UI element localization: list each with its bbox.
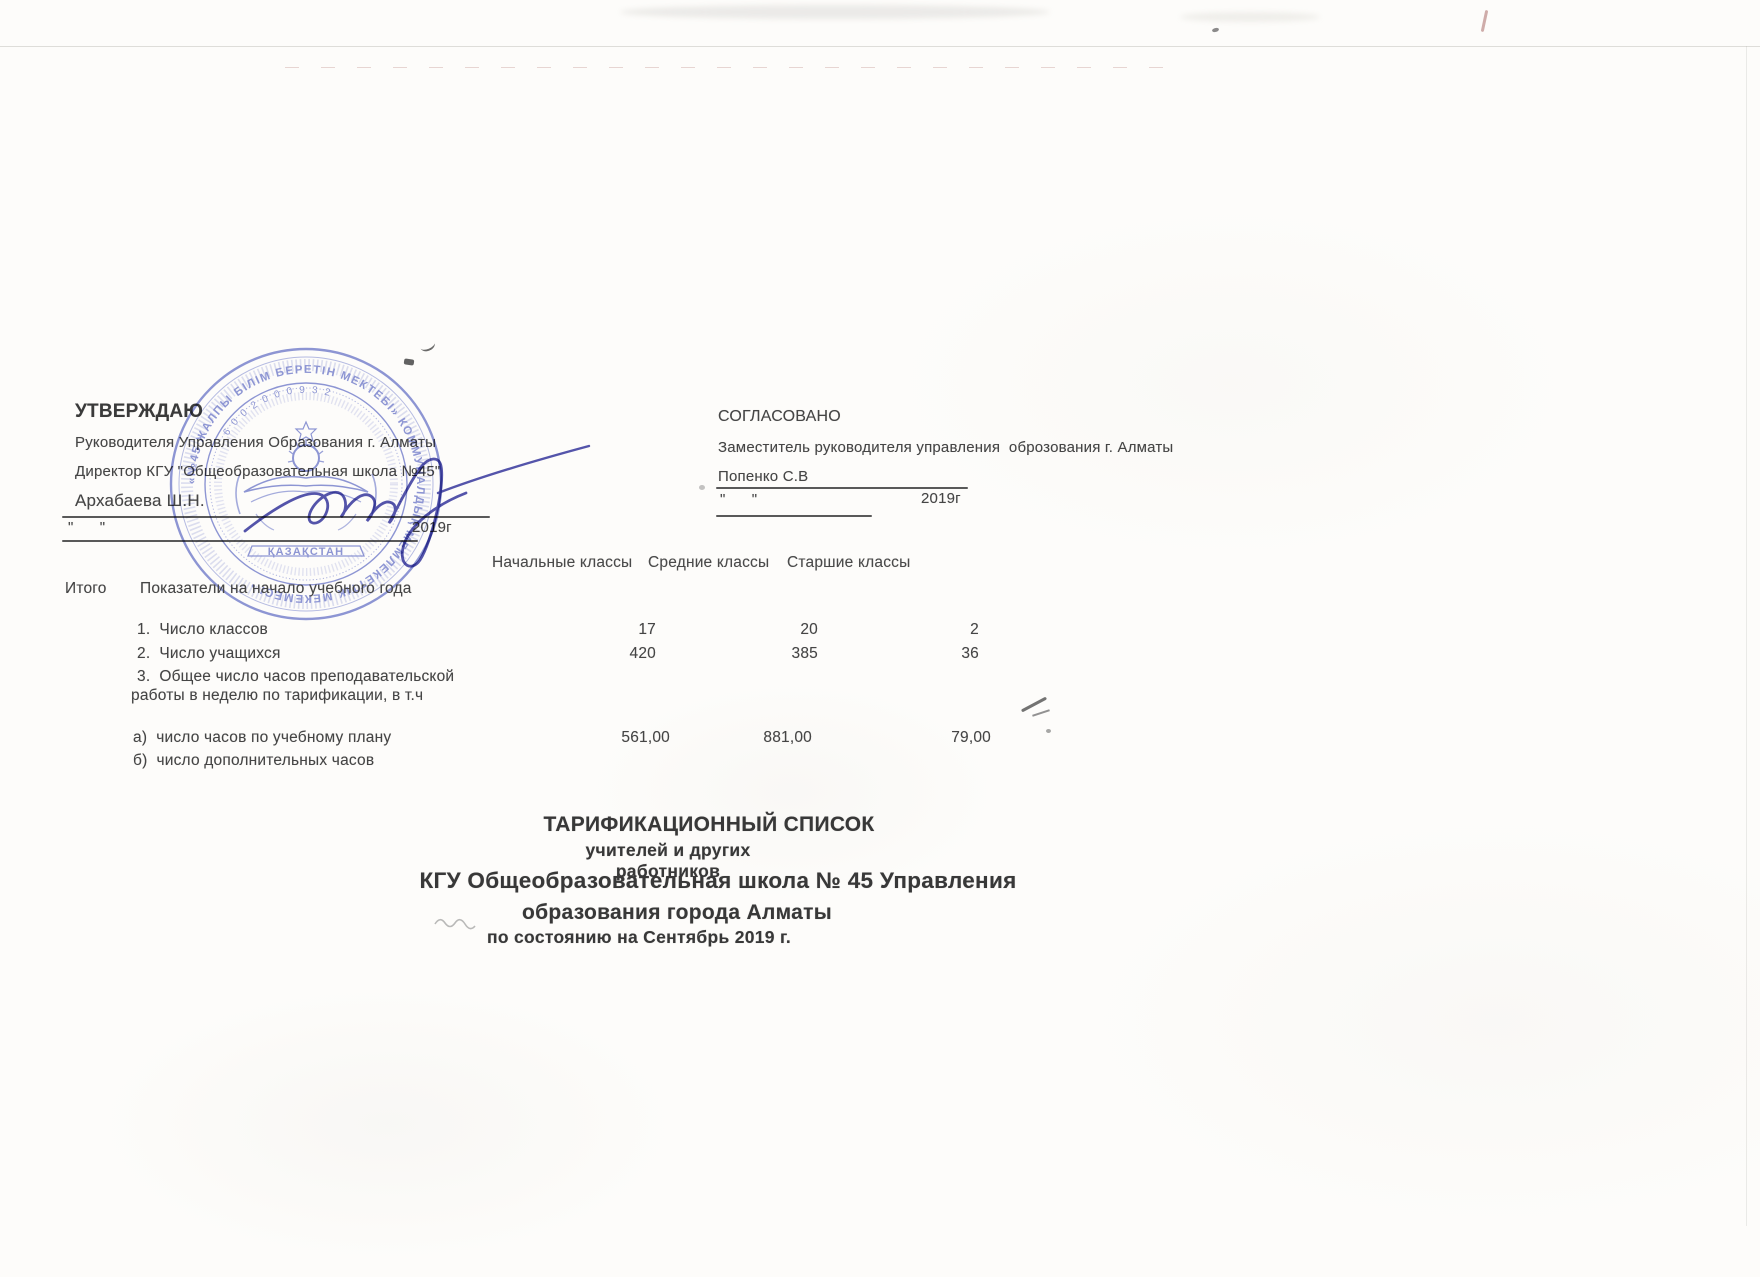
- doc-date-line: по состоянию на Сентябрь 2019 г.: [482, 927, 796, 948]
- col-header-middle: Средние классы: [648, 554, 769, 572]
- row-value: 79,00: [874, 729, 991, 747]
- scan-red-mark: [1481, 10, 1489, 32]
- itogo-label: Итого: [65, 580, 107, 598]
- table-row: а) число часов по учебному плану 561,00 …: [0, 729, 1760, 751]
- scanned-document-page: УТВЕРЖДАЮ Руководителя Управления Образо…: [0, 0, 1760, 1277]
- director-signature: [225, 413, 600, 573]
- agree-title: СОГЛАСОВАНО: [718, 408, 841, 426]
- col-header-primary: Начальные классы: [492, 554, 632, 572]
- doc-org-line2: образования города Алматы: [503, 901, 851, 925]
- doc-title: ТАРИФИКАЦИОННЫЙ СПИСОК: [523, 813, 895, 837]
- table-row: работы в неделю по тарификации, в т.ч: [0, 687, 1760, 709]
- ink-scratch-2: [1032, 709, 1050, 716]
- scan-smudge-top: [620, 5, 1050, 19]
- row-label: 3. Общее число часов преподавательской: [137, 668, 454, 686]
- scan-smudge-top-right: [1180, 12, 1320, 22]
- table-row: 2. Число учащихся 420 385 36: [0, 645, 1760, 667]
- agree-year: 2019г: [921, 490, 961, 507]
- col-header-senior: Старшие классы: [787, 554, 910, 572]
- row-value: 881,00: [700, 729, 812, 747]
- row-label: работы в неделю по тарификации, в т.ч: [131, 687, 423, 705]
- row-value: 385: [712, 645, 818, 663]
- row-label: 1. Число классов: [137, 621, 268, 639]
- approve-date-quotes: " ": [68, 519, 105, 536]
- scan-speck: [1212, 27, 1220, 33]
- row-value: 420: [556, 645, 656, 663]
- agree-date-quotes: " ": [720, 491, 757, 508]
- pencil-squiggle: [433, 914, 483, 932]
- agree-line1: Заместитель руководителя управления обро…: [718, 439, 1173, 456]
- agree-date-line: [716, 515, 872, 517]
- row-value: 36: [874, 645, 979, 663]
- scan-faint-dashed-line: [285, 67, 1165, 68]
- row-value: 2: [874, 621, 979, 639]
- doc-org-line1: КГУ Общеобразовательная школа № 45 Управ…: [400, 868, 1036, 894]
- table-row: б) число дополнительных часов: [0, 752, 1760, 774]
- scan-top-edge-line: [0, 46, 1760, 47]
- scan-dot: [699, 485, 705, 490]
- row-label: б) число дополнительных часов: [133, 752, 374, 770]
- row-value: 561,00: [556, 729, 670, 747]
- row-value: 20: [712, 621, 818, 639]
- agree-signer-name: Попенко С.В: [718, 468, 808, 485]
- section-label: Показатели на начало учебного года: [140, 580, 412, 598]
- row-value: 17: [556, 621, 656, 639]
- row-label: а) число часов по учебному плану: [133, 729, 391, 747]
- table-row: 1. Число классов 17 20 2: [0, 621, 1760, 643]
- agree-signature-line: [716, 487, 968, 489]
- row-label: 2. Число учащихся: [137, 645, 281, 663]
